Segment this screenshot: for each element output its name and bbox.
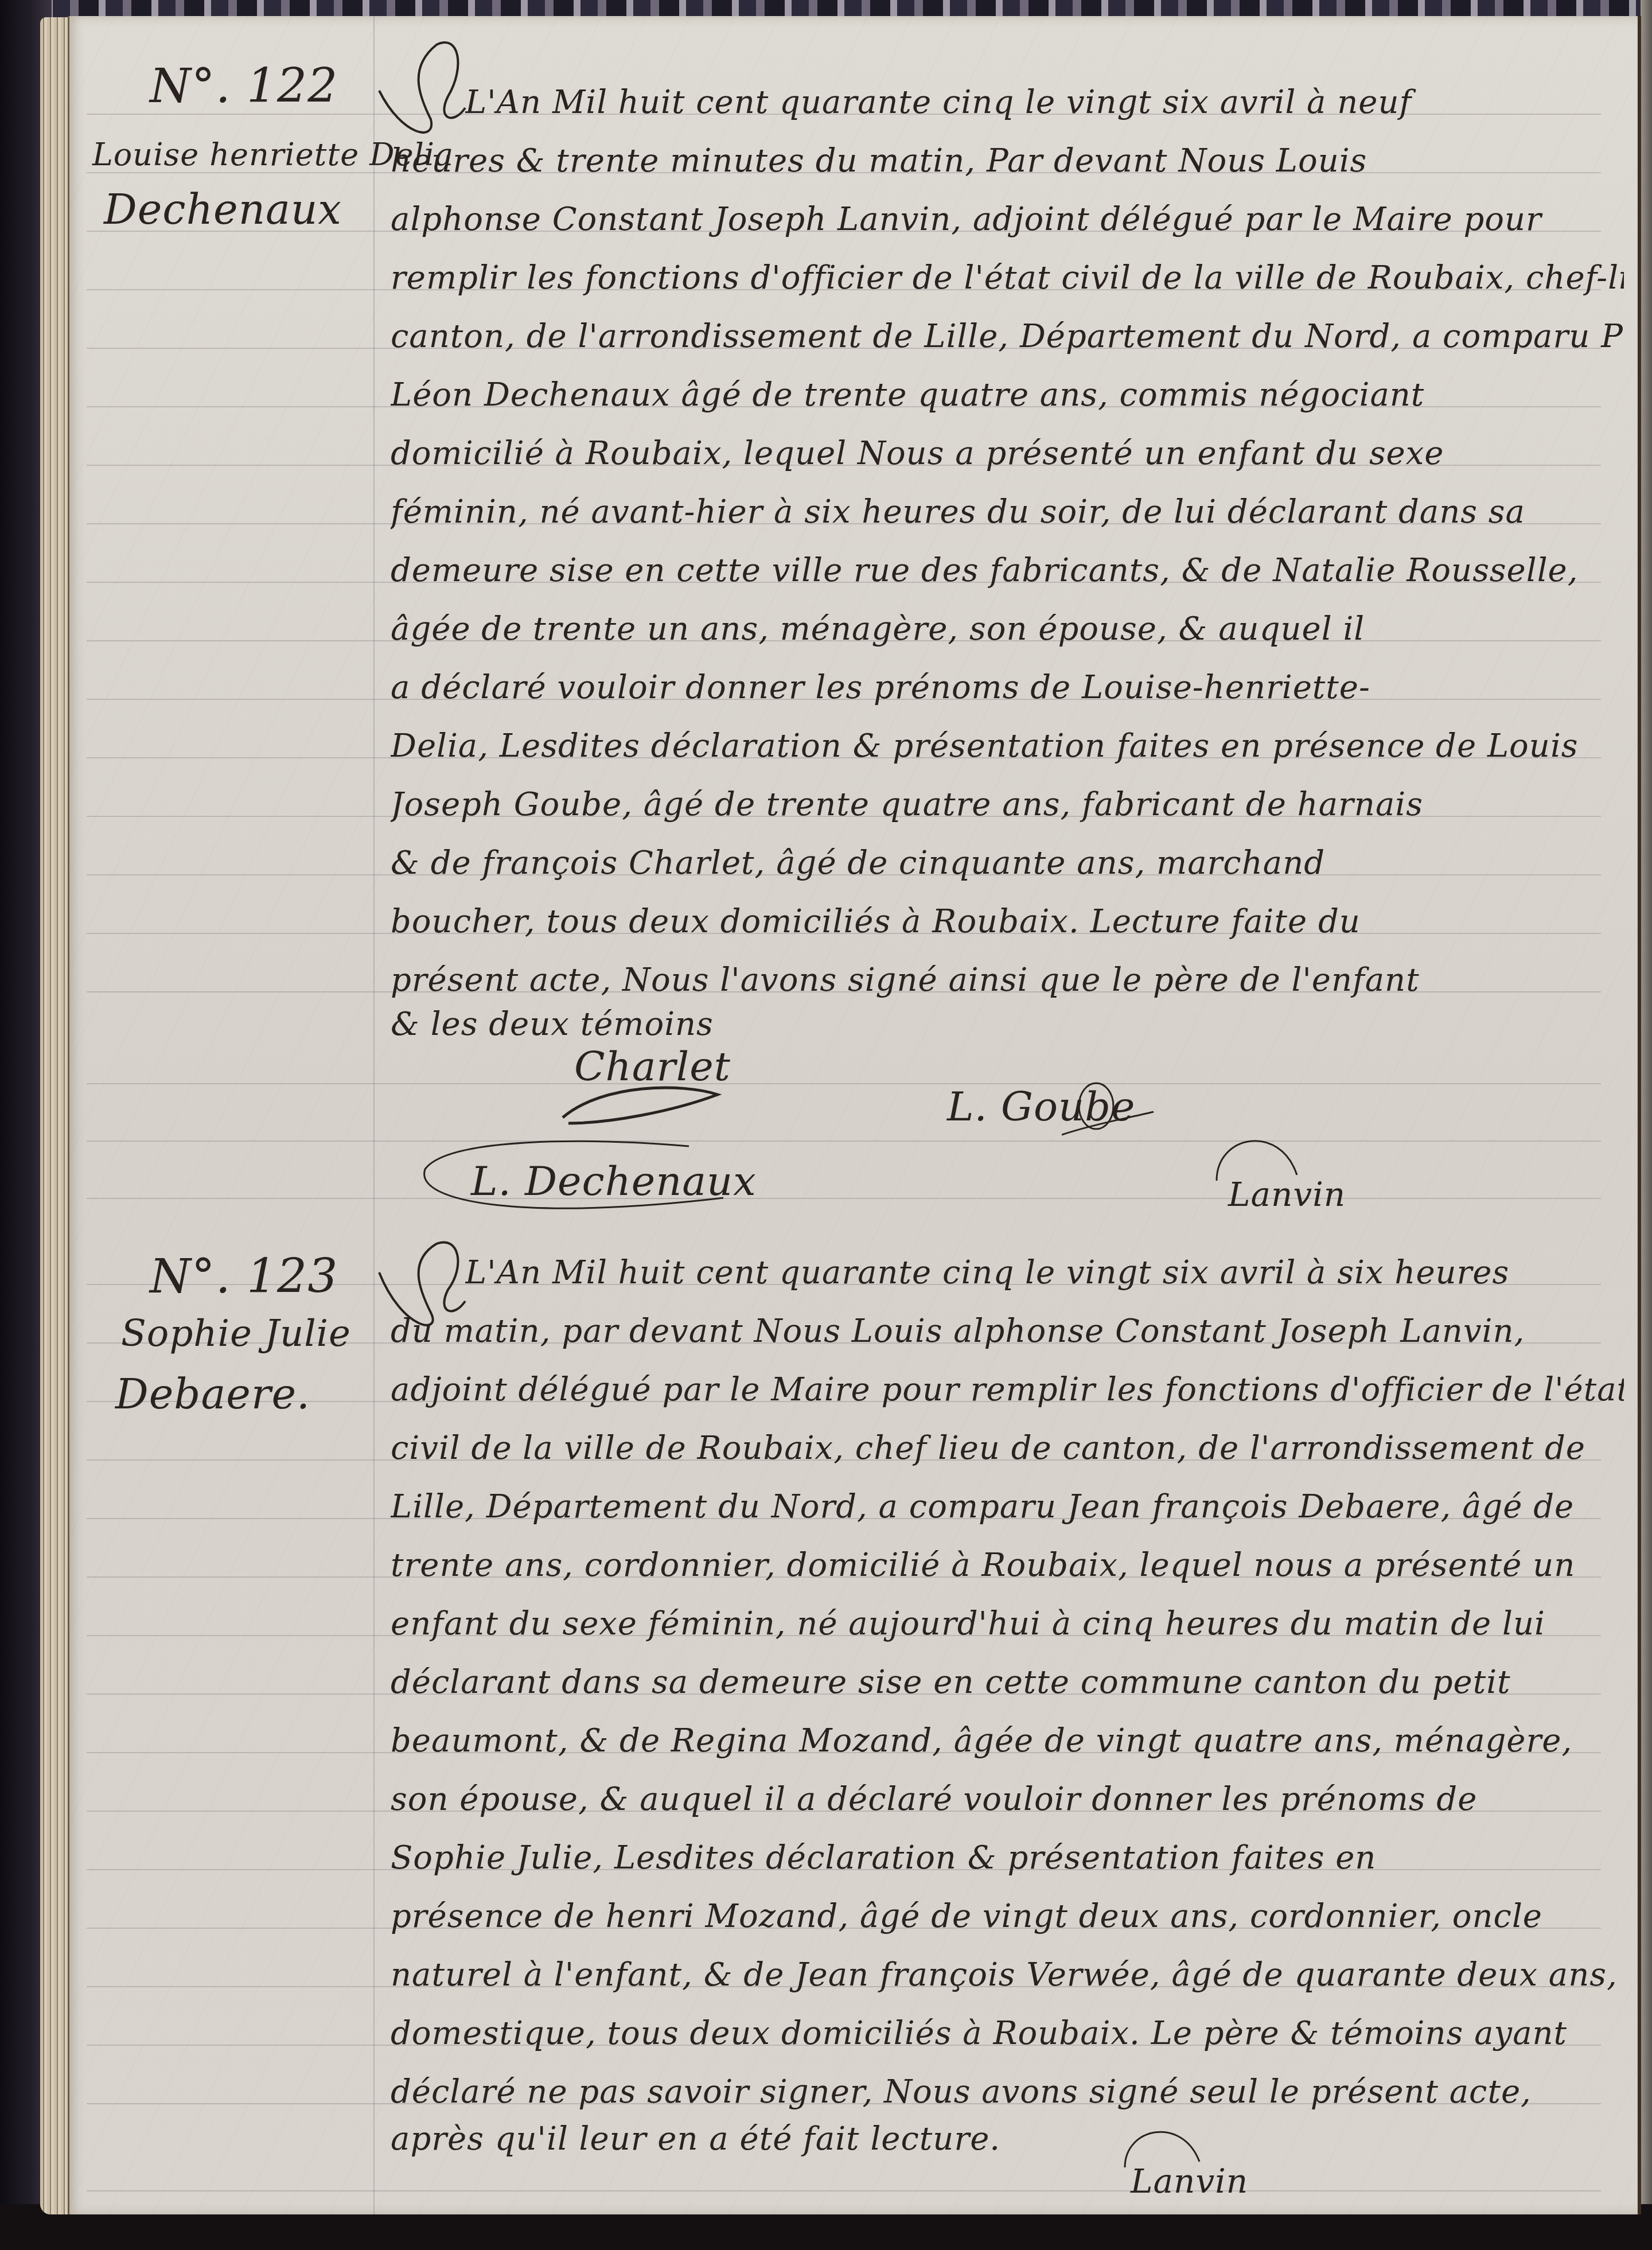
- act-line: du matin, par devant Nous Louis alphonse…: [391, 1313, 1624, 1350]
- act-line: boucher, tous deux domiciliés à Roubaix.…: [391, 903, 1624, 940]
- margin-child-surname: Debaere.: [115, 1370, 310, 1418]
- act-line: enfant du sexe féminin, né aujourd'hui à…: [391, 1605, 1624, 1642]
- signature-flourish-icon: [1211, 1123, 1303, 1204]
- paraph-icon: [1062, 1077, 1176, 1146]
- act-line: L'An Mil huit cent quarante cinq le ving…: [465, 1254, 1652, 1291]
- signature-flourish-icon: [557, 1077, 729, 1129]
- act-line: Joseph Goube, âgé de trente quatre ans, …: [391, 786, 1624, 823]
- act-line: demeure sise en cette ville rue des fabr…: [391, 552, 1624, 589]
- signature-flourish-icon: [1119, 2116, 1211, 2185]
- act-line: son épouse, & auquel il a déclaré vouloi…: [391, 1781, 1624, 1818]
- act-line: alphonse Constant Joseph Lanvin, adjoint…: [391, 201, 1624, 238]
- act-line: beaumont, & de Regina Mozand, âgée de vi…: [391, 1722, 1624, 1759]
- page-binding-edge: [1638, 16, 1641, 2214]
- act-line: féminin, né avant-hier à six heures du s…: [391, 493, 1624, 531]
- act-line: naturel à l'enfant, & de Jean françois V…: [391, 1956, 1624, 1994]
- signature-goube: L. Goube: [947, 1083, 1135, 1130]
- act-line: âgée de trente un ans, ménagère, son épo…: [391, 610, 1624, 648]
- signature-lanvin: Lanvin: [1228, 1175, 1346, 1214]
- signature-flourish-icon: [414, 1135, 758, 1227]
- act-line: trente ans, cordonnier, domicilié à Roub…: [391, 1547, 1624, 1584]
- ruled-line: [87, 2190, 1601, 2191]
- margin-child-surname: Dechenaux: [104, 185, 342, 233]
- act-line: après qu'il leur en a été fait lecture.: [391, 2120, 1624, 2158]
- act-line: heures & trente minutes du matin, Par de…: [391, 142, 1624, 180]
- act-number: N°. 123: [150, 1249, 338, 1304]
- act-line: présent acte, Nous l'avons signé ainsi q…: [391, 961, 1624, 999]
- signature-lanvin: Lanvin: [1131, 2162, 1248, 2201]
- act-line: Léon Dechenaux âgé de trente quatre ans,…: [391, 376, 1624, 414]
- margin-rule: [373, 16, 375, 2214]
- signature-dechenaux: L. Dechenaux: [471, 1158, 757, 1205]
- act-line: a déclaré vouloir donner les prénoms de …: [391, 669, 1624, 706]
- act-line: domestique, tous deux domiciliés à Rouba…: [391, 2015, 1624, 2052]
- opening-flourish-icon: [368, 33, 477, 154]
- register-page: N°. 122 Louise henriette Delia Dechenaux…: [68, 16, 1641, 2214]
- act-line: adjoint délégué par le Maire pour rempli…: [391, 1371, 1624, 1408]
- signature-charlet: Charlet: [574, 1043, 731, 1090]
- act-line: civil de la ville de Roubaix, chef lieu …: [391, 1430, 1624, 1467]
- act-line: déclaré ne pas savoir signer, Nous avons…: [391, 2073, 1624, 2111]
- act-line: L'An Mil huit cent quarante cinq le ving…: [465, 84, 1652, 121]
- book-cover-right: [1641, 0, 1652, 2250]
- act-line: Lille, Département du Nord, a comparu Je…: [391, 1488, 1624, 1525]
- act-line: remplir les fonctions d'officier de l'ét…: [391, 259, 1624, 297]
- act-line: présence de henri Mozand, âgé de vingt d…: [391, 1898, 1624, 1935]
- act-line: déclarant dans sa demeure sise en cette …: [391, 1664, 1624, 1701]
- act-line: Delia, Lesdites déclaration & présentati…: [391, 727, 1624, 765]
- act-line: & les deux témoins: [391, 1006, 1624, 1043]
- ruled-line: [87, 1083, 1601, 1084]
- margin-child-name: Sophie Julie: [121, 1313, 351, 1355]
- act-line: & de françois Charlet, âgé de cinquante …: [391, 844, 1624, 882]
- act-line: Sophie Julie, Lesdites déclaration & pré…: [391, 1839, 1624, 1877]
- act-line: canton, de l'arrondissement de Lille, Dé…: [391, 318, 1624, 355]
- act-number: N°. 122: [150, 59, 338, 114]
- act-line: domicilié à Roubaix, lequel Nous a prése…: [391, 435, 1624, 472]
- ruled-line: [87, 1140, 1601, 1142]
- ruled-line: [87, 1198, 1601, 1199]
